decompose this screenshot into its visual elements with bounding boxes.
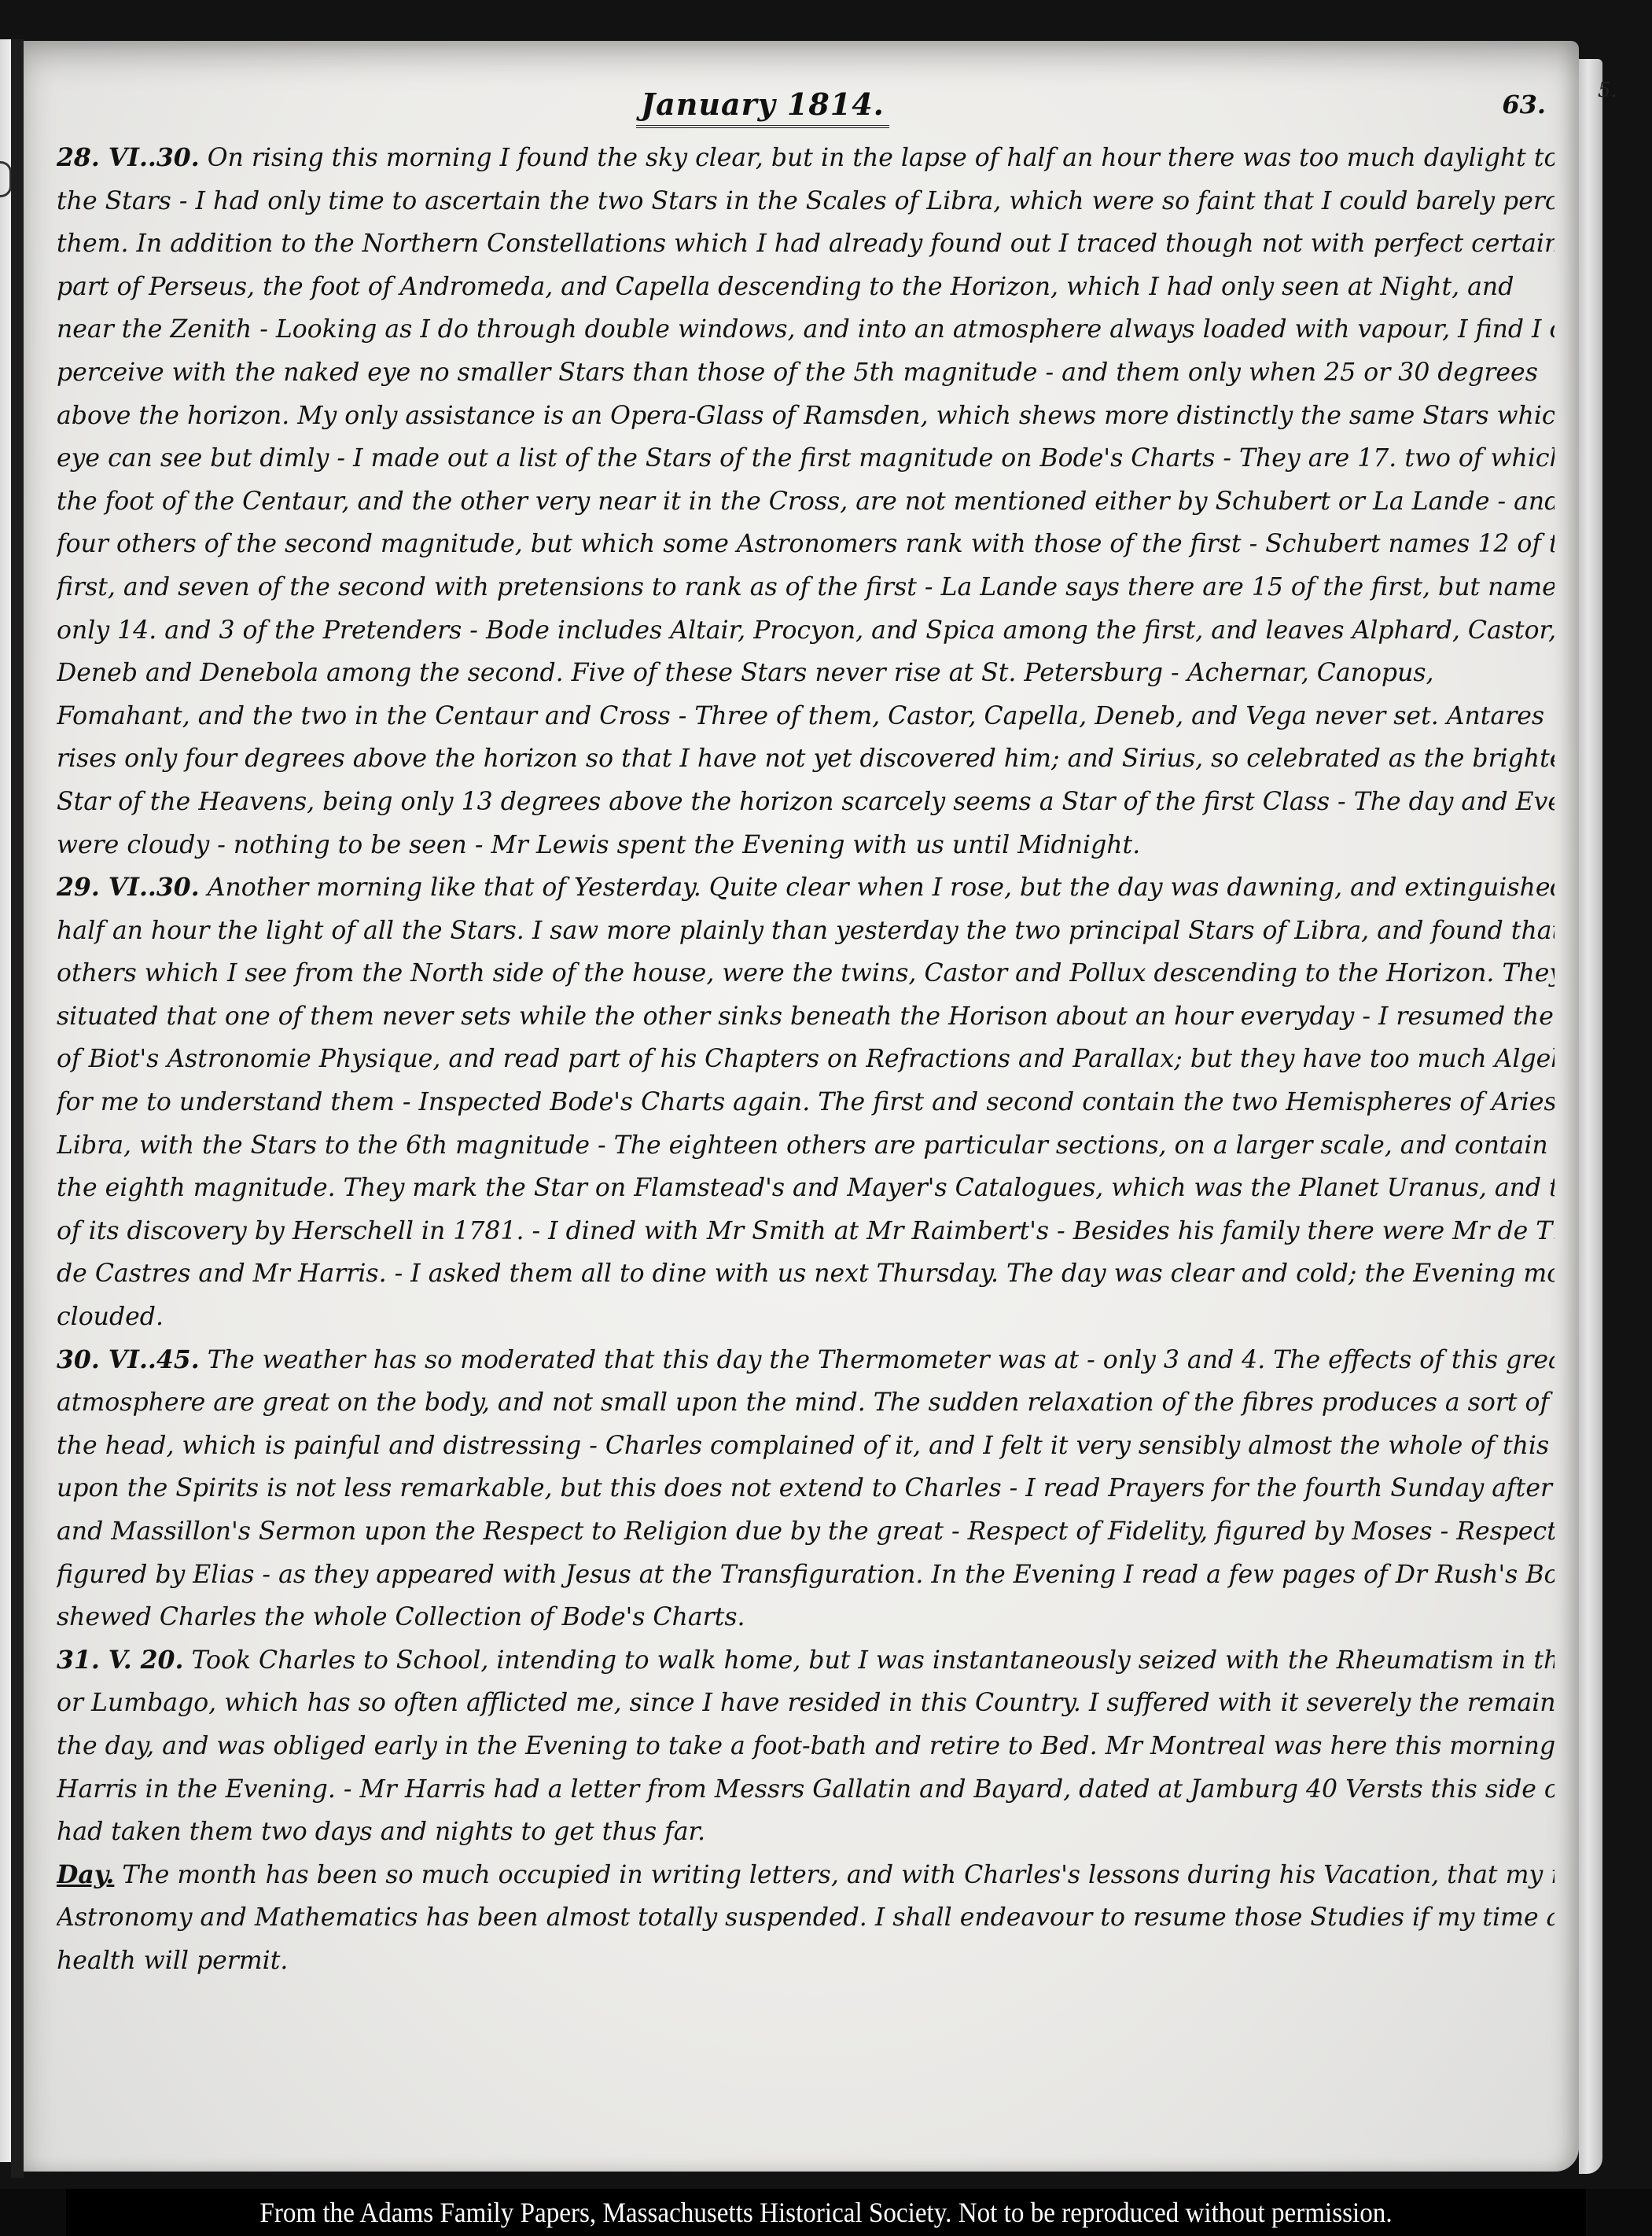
- entry-date: 31. V. 20.: [57, 1646, 183, 1675]
- entry-line: had taken them two days and nights to ge…: [57, 1811, 1554, 1854]
- entry-line: part of Perseus, the foot of Andromeda, …: [57, 266, 1554, 309]
- entry-line: only 14. and 3 of the Pretenders - Bode …: [57, 609, 1554, 653]
- entry-line: upon the Spirits is not less remarkable,…: [57, 1467, 1554, 1510]
- line-text: Took Charles to School, intending to wal…: [191, 1646, 1554, 1675]
- facing-page-edge: [0, 39, 11, 2162]
- entry-line: the foot of the Centaur, and the other v…: [57, 480, 1554, 524]
- entry-line: the head, which is painful and distressi…: [57, 1425, 1554, 1468]
- entry-date: 30. VI..45.: [57, 1345, 200, 1374]
- entry-line: 29. VI..30. Another morning like that of…: [57, 866, 1554, 910]
- entry-line: were cloudy - nothing to be seen - Mr Le…: [57, 824, 1554, 867]
- line-text: The weather has so moderated that this d…: [208, 1346, 1554, 1374]
- entry-line: figured by Elias - as they appeared with…: [57, 1554, 1554, 1597]
- line-text: Another morning like that of Yesterday. …: [208, 873, 1554, 902]
- entry-line: Harris in the Evening. - Mr Harris had a…: [57, 1768, 1554, 1811]
- entry-line: and Massillon's Sermon upon the Respect …: [57, 1510, 1554, 1554]
- entry-line: Day. The month has been so much occupied…: [57, 1854, 1554, 1897]
- entry-line: them. In addition to the Northern Conste…: [57, 222, 1554, 266]
- entry-line: health will permit.: [57, 1940, 1554, 1983]
- entry-line: or Lumbago, which has so often afflicted…: [57, 1682, 1554, 1725]
- entry-line: shewed Charles the whole Collection of B…: [57, 1596, 1554, 1639]
- entry-line: 30. VI..45. The weather has so moderated…: [57, 1339, 1554, 1382]
- page-number: 63.: [1502, 90, 1546, 120]
- diary-entry-29: 29. VI..30. Another morning like that of…: [57, 866, 1554, 1339]
- entry-date: 29. VI..30.: [57, 873, 200, 902]
- diary-entry-30: 30. VI..45. The weather has so moderated…: [57, 1339, 1554, 1639]
- entry-line: of Biot's Astronomie Physique, and read …: [57, 1038, 1554, 1081]
- entry-line: de Castres and Mr Harris. - I asked them…: [57, 1252, 1554, 1296]
- entry-line: for me to understand them - Inspected Bo…: [57, 1081, 1554, 1124]
- entry-line: situated that one of them never sets whi…: [57, 995, 1554, 1039]
- entry-line: atmosphere are great on the body, and no…: [57, 1381, 1554, 1425]
- entry-line: four others of the second magnitude, but…: [57, 523, 1554, 566]
- entry-line: eye can see but dimly - I made out a lis…: [57, 437, 1554, 480]
- diary-entry-28: 28. VI..30. On rising this morning I fou…: [57, 137, 1554, 866]
- entry-line: of its discovery by Herschell in 1781. -…: [57, 1210, 1554, 1253]
- page-header: January 1814. 63.: [24, 72, 1579, 135]
- entry-line: rises only four degrees above the horizo…: [57, 737, 1554, 781]
- copyright-footer: From the Adams Family Papers, Massachuse…: [66, 2189, 1586, 2236]
- entry-line: clouded.: [57, 1296, 1554, 1339]
- line-text: On rising this morning I found the sky c…: [208, 144, 1554, 172]
- entry-line: perceive with the naked eye no smaller S…: [57, 351, 1554, 395]
- entry-line: Astronomy and Mathematics has been almos…: [57, 1896, 1554, 1940]
- entry-line: first, and seven of the second with pret…: [57, 566, 1554, 609]
- entry-line: near the Zenith - Looking as I do throug…: [57, 308, 1554, 351]
- line-text: The month has been so much occupied in w…: [122, 1861, 1554, 1889]
- entry-line: the Stars - I had only time to ascertain…: [57, 180, 1554, 223]
- page-title: January 1814.: [636, 86, 889, 128]
- entry-line: above the horizon. My only assistance is…: [57, 395, 1554, 438]
- summary-label: Day.: [57, 1860, 114, 1889]
- month-summary: Day. The month has been so much occupied…: [57, 1854, 1554, 1983]
- entry-line: half an hour the light of all the Stars.…: [57, 910, 1554, 953]
- entry-line: the eighth magnitude. They mark the Star…: [57, 1167, 1554, 1210]
- book-gutter: [11, 39, 24, 2178]
- entry-line: Deneb and Denebola among the second. Fiv…: [57, 652, 1554, 695]
- diary-text: 28. VI..30. On rising this morning I fou…: [57, 137, 1554, 1983]
- entry-line: Libra, with the Stars to the 6th magnitu…: [57, 1124, 1554, 1168]
- entry-line: 31. V. 20. Took Charles to School, inten…: [57, 1639, 1554, 1683]
- entry-line: others which I see from the North side o…: [57, 952, 1554, 995]
- entry-line: Fomahant, and the two in the Centaur and…: [57, 695, 1554, 738]
- next-page-edge: [1579, 59, 1602, 2174]
- facing-page-ink-mark: [0, 161, 12, 197]
- entry-line: Star of the Heavens, being only 13 degre…: [57, 781, 1554, 824]
- entry-line: the day, and was obliged early in the Ev…: [57, 1725, 1554, 1768]
- entry-line: 28. VI..30. On rising this morning I fou…: [57, 137, 1554, 180]
- manuscript-page: January 1814. 63. 28. VI..30. On rising …: [24, 41, 1579, 2172]
- next-page-number: 5.: [1598, 79, 1617, 102]
- entry-date: 28. VI..30.: [57, 143, 200, 172]
- diary-entry-31: 31. V. 20. Took Charles to School, inten…: [57, 1639, 1554, 1854]
